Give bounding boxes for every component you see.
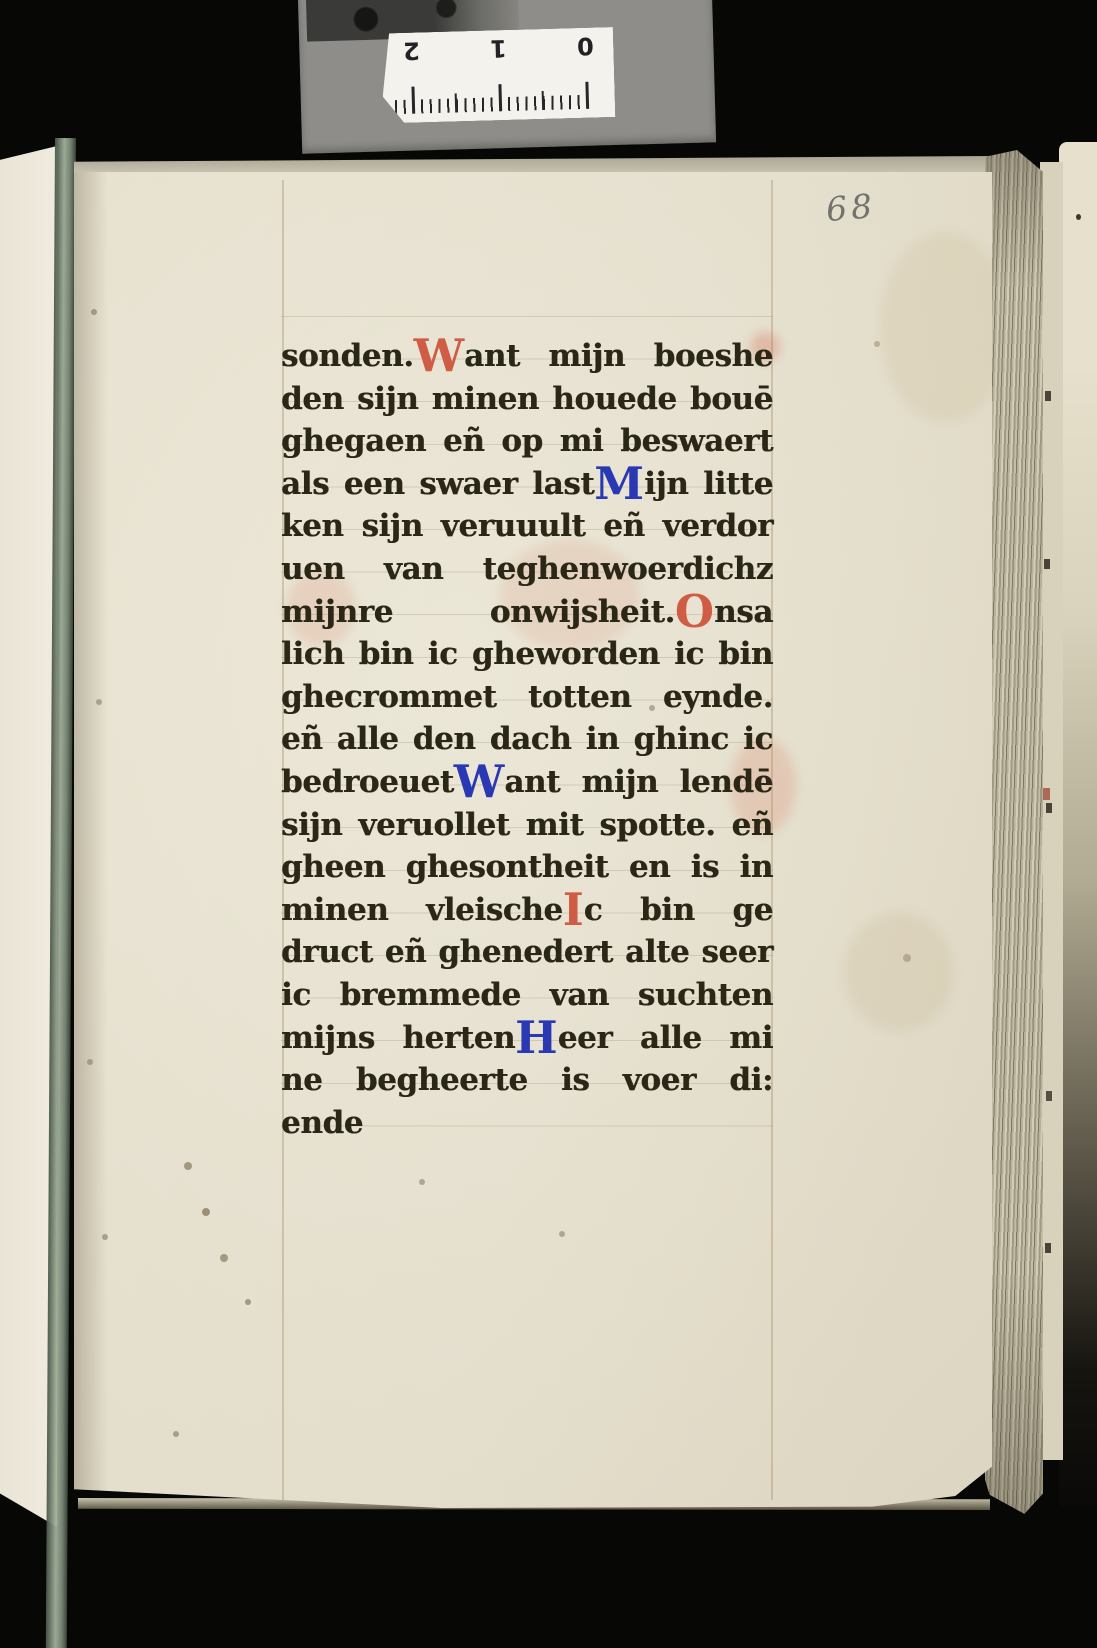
line-text: mijns herten — [281, 1020, 515, 1056]
binding-cover — [1059, 142, 1097, 1508]
text-block: sonden.Want mijn boeshe den sijn minen h… — [281, 335, 773, 1102]
ruler-number: 1 — [485, 34, 512, 63]
illuminated-initial: M — [594, 457, 644, 510]
manuscript-line: ken sijn veruuult eñ verdor — [281, 505, 773, 548]
manuscript-photograph: 68 sonden.Want mijn boeshe den sijn mine… — [0, 0, 1097, 1648]
manuscript-line: mijns hertenHeer alle mi — [281, 1017, 773, 1060]
line-text: lich bin ic gheworden ic bin — [281, 636, 773, 672]
manuscript-line: sonden.Want mijn boeshe — [281, 335, 773, 378]
line-text: ant mijn boeshe — [464, 338, 773, 374]
manuscript-line: als een swaer lastMijn litte — [281, 463, 773, 506]
manuscript-line: druct eñ ghenedert alte seer — [281, 931, 773, 974]
manuscript-line: eñ alle den dach in ghinc ic — [281, 718, 773, 761]
ruler-number: 0 — [572, 31, 599, 60]
line-text: ghecrommet totten eynde. — [281, 679, 773, 715]
ruler-cm-tick — [411, 87, 415, 114]
scale-ruler: 2 1 0 — [381, 27, 615, 123]
illuminated-initial: H — [515, 1011, 558, 1064]
manuscript-page: 68 sonden.Want mijn boeshe den sijn mine… — [74, 172, 992, 1508]
line-text: als een swaer last — [281, 466, 594, 502]
line-text: bedroeuet — [281, 764, 454, 800]
manuscript-line: sijn veruollet mit spotte. eñ — [281, 804, 773, 847]
ruler-half-cm-tick — [455, 93, 458, 112]
manuscript-line: gheen ghesontheit en is in — [281, 846, 773, 889]
ruler-number: 2 — [398, 36, 425, 65]
manuscript-line: mijnre onwijsheit.Onsa — [281, 591, 773, 634]
parchment-stain — [844, 912, 954, 1032]
ruler-mm-ticks — [395, 95, 594, 115]
inner-page-marks — [1046, 162, 1050, 170]
folio-number: 68 — [824, 186, 877, 229]
ruler-cm-tick — [585, 82, 589, 109]
line-text: c bin ge — [584, 892, 773, 928]
ruler-half-cm-tick — [542, 91, 545, 110]
line-text: ken sijn veruuult eñ verdor — [281, 508, 773, 544]
illuminated-initial: W — [414, 329, 465, 382]
scale-card: 2 1 0 — [298, 0, 716, 154]
manuscript-line: minen vleischeIc bin ge — [281, 889, 773, 932]
parchment-stain — [880, 232, 1010, 422]
cover-speck — [1076, 214, 1081, 220]
line-text: nsa — [714, 594, 773, 630]
line-text: sijn veruollet mit spotte. eñ — [281, 807, 773, 843]
line-text: minen vleische — [281, 892, 563, 928]
ruler-cm-tick — [498, 84, 502, 111]
illuminated-initial: I — [563, 883, 584, 936]
manuscript-line: ne begheerte is voer di: ende — [281, 1059, 773, 1102]
line-text: ant mijn lendē — [504, 764, 773, 800]
line-text: eñ alle den dach in ghinc ic — [281, 721, 773, 757]
fore-edge-stack — [985, 150, 1043, 1518]
line-text: eer alle mi — [558, 1020, 773, 1056]
manuscript-line: ghecrommet totten eynde. — [281, 676, 773, 719]
gutter-shadow — [74, 172, 108, 1508]
inner-page-glimpse — [1040, 162, 1063, 1460]
manuscript-line: bedroeuetWant mijn lendē — [281, 761, 773, 804]
line-text: druct eñ ghenedert alte seer — [281, 934, 773, 970]
line-text: gheen ghesontheit en is in — [281, 849, 773, 885]
line-text: ne begheerte is voer di: ende — [281, 1062, 773, 1141]
manuscript-line: lich bin ic gheworden ic bin — [281, 633, 773, 676]
line-text: den sijn minen houede bouē — [281, 381, 773, 417]
manuscript-line: ghegaen eñ op mi beswaert — [281, 420, 773, 463]
illuminated-initial: O — [675, 585, 714, 638]
line-text: ghegaen eñ op mi beswaert — [281, 423, 773, 459]
page-specks — [74, 172, 78, 176]
line-text: sonden. — [281, 338, 414, 374]
line-text: ic bremmede van suchten — [281, 977, 773, 1013]
illuminated-initial: W — [454, 755, 505, 808]
manuscript-line: den sijn minen houede bouē — [281, 378, 773, 421]
line-text: uen van teghenwoerdichz — [281, 551, 773, 587]
line-text: mijnre onwijsheit. — [281, 594, 675, 630]
line-text: ijn litte — [644, 466, 773, 502]
